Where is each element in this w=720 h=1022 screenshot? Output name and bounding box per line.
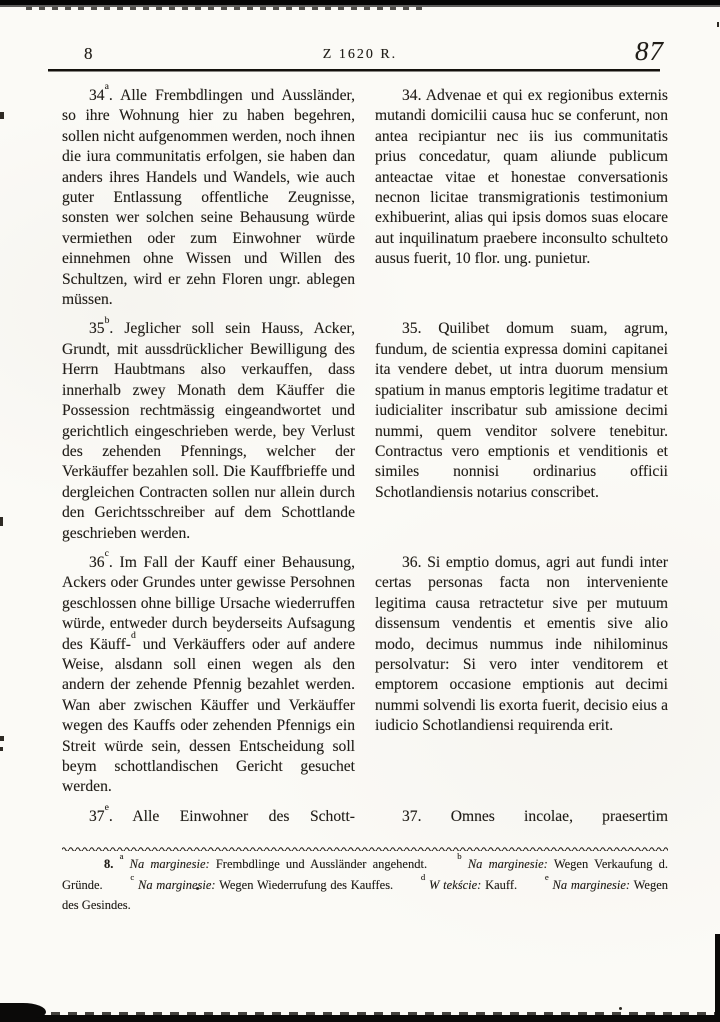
ink-speck (0, 747, 3, 751)
german-paragraph-34: 34a. Alle Frembdlingen und Aussländer, s… (62, 86, 355, 310)
scanned-book-page: 8 Z 1620 R. 87 34a. Alle Frembdlingen un… (0, 0, 720, 1022)
latin-paragraph-36: 36. Si emptio domus, agri aut fundi inte… (375, 553, 668, 798)
footnote-marker-b: b (105, 315, 110, 326)
footnote-letter: a (120, 851, 124, 861)
ink-speck (619, 1007, 622, 1010)
paragraph-text: . Alle Frembdlingen und Aussländer, so i… (62, 87, 355, 308)
footnote-source-label: Na marginesie: (138, 878, 216, 892)
footnote-source-label: Na marginesie: (130, 857, 210, 871)
german-paragraph-36: 36c. Im Fall der Kauff einer Behausung, … (62, 553, 355, 798)
footnote-entry-a: a Na marginesie: Frembdlinge und Ausslän… (120, 857, 428, 871)
footnote-letter: d (421, 872, 425, 882)
footnote-entry-text: Kauff. (485, 878, 517, 892)
scan-artifact-top-dashes (26, 7, 426, 10)
footnote-block: 8. a Na marginesie: Frembdlinge und Auss… (62, 845, 668, 916)
paragraph-number: 34 (89, 87, 105, 104)
paragraph-number: 36 (89, 554, 105, 571)
paragraph-text: und Verkäuffers oder auf andere Weise, a… (62, 636, 355, 796)
footnote-text: 8. a Na marginesie: Frembdlinge und Auss… (62, 854, 668, 916)
footnote-marker-e: e (105, 802, 109, 813)
ink-speck (0, 517, 3, 526)
footnote-marker-d: d (131, 630, 136, 641)
latin-paragraph-34: 34. Advenae et qui ex regionibus externi… (375, 86, 668, 310)
footnote-letter: b (457, 851, 461, 861)
footnote-entry-text: Frembdlinge und Aussländer angehendt. (216, 857, 427, 871)
paragraph-number: 35 (89, 320, 105, 337)
running-title: Z 1620 R. (0, 47, 720, 63)
scan-artifact-bottom-dashes (0, 1012, 720, 1015)
ink-speck (0, 736, 4, 741)
footnote-entry-c: c Na marginesie: Wegen Wiederrufung des … (130, 878, 393, 892)
two-column-text-body: 34a. Alle Frembdlingen und Aussländer, s… (62, 86, 668, 827)
german-paragraph-37: 37e. Alle Einwohner des Schott- (62, 807, 355, 827)
footnote-entry-d: d W tekście: Kauff. (421, 878, 517, 892)
header-rule (48, 69, 660, 72)
scan-artifact-right-edge (715, 934, 720, 1016)
ink-speck (717, 22, 719, 27)
latin-paragraph-37: 37. Omnes incolae, praesertim (375, 807, 668, 827)
scan-artifact-bottom-edge (0, 1015, 720, 1022)
footnote-source-label: Na marginesie: (553, 878, 631, 892)
footnote-page-ref: 8. (104, 857, 113, 871)
footnote-source-label: Na marginesie: (468, 857, 548, 871)
wavy-divider (62, 845, 668, 851)
footnote-entry-text: Wegen Wiederrufung des Kauffes. (219, 878, 393, 892)
latin-paragraph-35: 35. Quilibet domum suam, agrum, fundum, … (375, 319, 668, 543)
paragraph-text: . Jeglicher soll sein Hauss, Acker, Grun… (62, 320, 355, 541)
footnote-letter: c (130, 872, 134, 882)
footnote-letter: e (545, 872, 549, 882)
ink-speck (0, 112, 4, 119)
right-page-number: 87 (635, 36, 664, 67)
paragraph-number: 37 (89, 808, 105, 825)
footnote-source-label: W tekście: (429, 878, 481, 892)
footnote-marker-a: a (105, 81, 109, 92)
scan-artifact-bottom-left-blob (0, 1003, 46, 1018)
paragraph-text: . Alle Einwohner des Schott- (109, 808, 355, 825)
scan-artifact-top-edge (0, 0, 720, 7)
german-paragraph-35: 35b. Jeglicher soll sein Hauss, Acker, G… (62, 319, 355, 543)
footnote-marker-c: c (105, 548, 109, 559)
